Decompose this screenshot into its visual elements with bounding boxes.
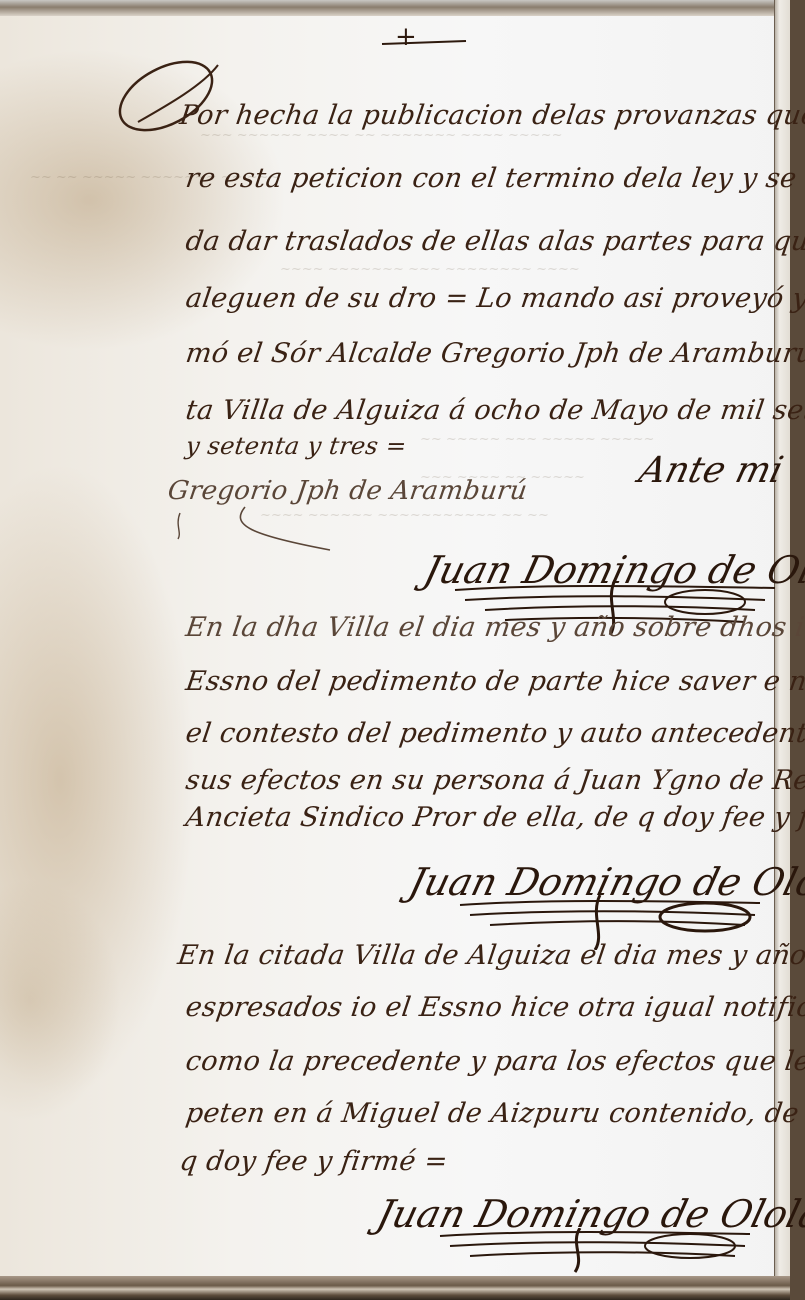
notification2-line-5: q doy fee y firmé = [178, 1146, 450, 1177]
decree-line-7: y setenta y tres = [184, 432, 408, 460]
page-bottom-edge [0, 1276, 790, 1300]
signature-alcalde: Gregorio Jph de Aramburú [166, 476, 529, 506]
signature-alcalde-flourish [170, 505, 340, 555]
notification1-line-5: Ancieta Sindico Pror de ella, de q doy f… [184, 802, 805, 833]
notification2-line-4: peten en á Miguel de Aizpuru contenido, … [184, 1098, 801, 1129]
notification1-line-4: sus efectos en su persona á Juan Ygno de… [184, 765, 805, 796]
ante-mi-mark: Ante mi [635, 450, 787, 491]
decree-line-1: Por hecha la publicacion delas provanzas… [178, 100, 805, 131]
notification1-line-3: el contesto del pedimento y auto anteced… [184, 718, 805, 749]
notification1-line-1: En la dha Villa el dia mes y año sobre d… [184, 612, 805, 643]
decree-line-2: re esta peticion con el termino dela ley… [184, 163, 805, 194]
notification2-line-3: como la precedente y para los efectos qu… [184, 1046, 805, 1077]
bleed-through-text: ~~~~ ~~~~~~~ ~~~ ~~~~~~~~ ~~~~ [280, 262, 580, 277]
notification1-line-2: Essno del pedimento de parte hice saver … [184, 666, 805, 697]
decree-line-6: ta Villa de Alguiza á ocho de Mayo de mi… [184, 395, 805, 426]
notification2-line-1: En la citada Villa de Alguiza el dia mes… [176, 940, 805, 971]
page-top-edge [0, 0, 790, 16]
decree-line-3: da dar traslados de ellas alas partes pa… [184, 226, 805, 257]
notification2-line-2: espresados io el Essno hice otra igual n… [184, 992, 805, 1023]
bleed-through-text: ~~ ~~~~~ ~~~ ~~~~~ ~~~~~ [420, 432, 654, 447]
decree-line-4: aleguen de su dro = Lo mando asi proveyó… [184, 283, 805, 314]
decree-line-5: mó el Sór Alcalde Gregorio Jph de Arambu… [184, 338, 805, 369]
folio-underline [380, 38, 470, 48]
notary-rubric-3 [430, 1228, 770, 1273]
manuscript-page: ~~~ ~~~~~~ ~~~~ ~~ ~~~~~~~ ~~~~ ~~~~~ ~~… [0, 0, 790, 1300]
